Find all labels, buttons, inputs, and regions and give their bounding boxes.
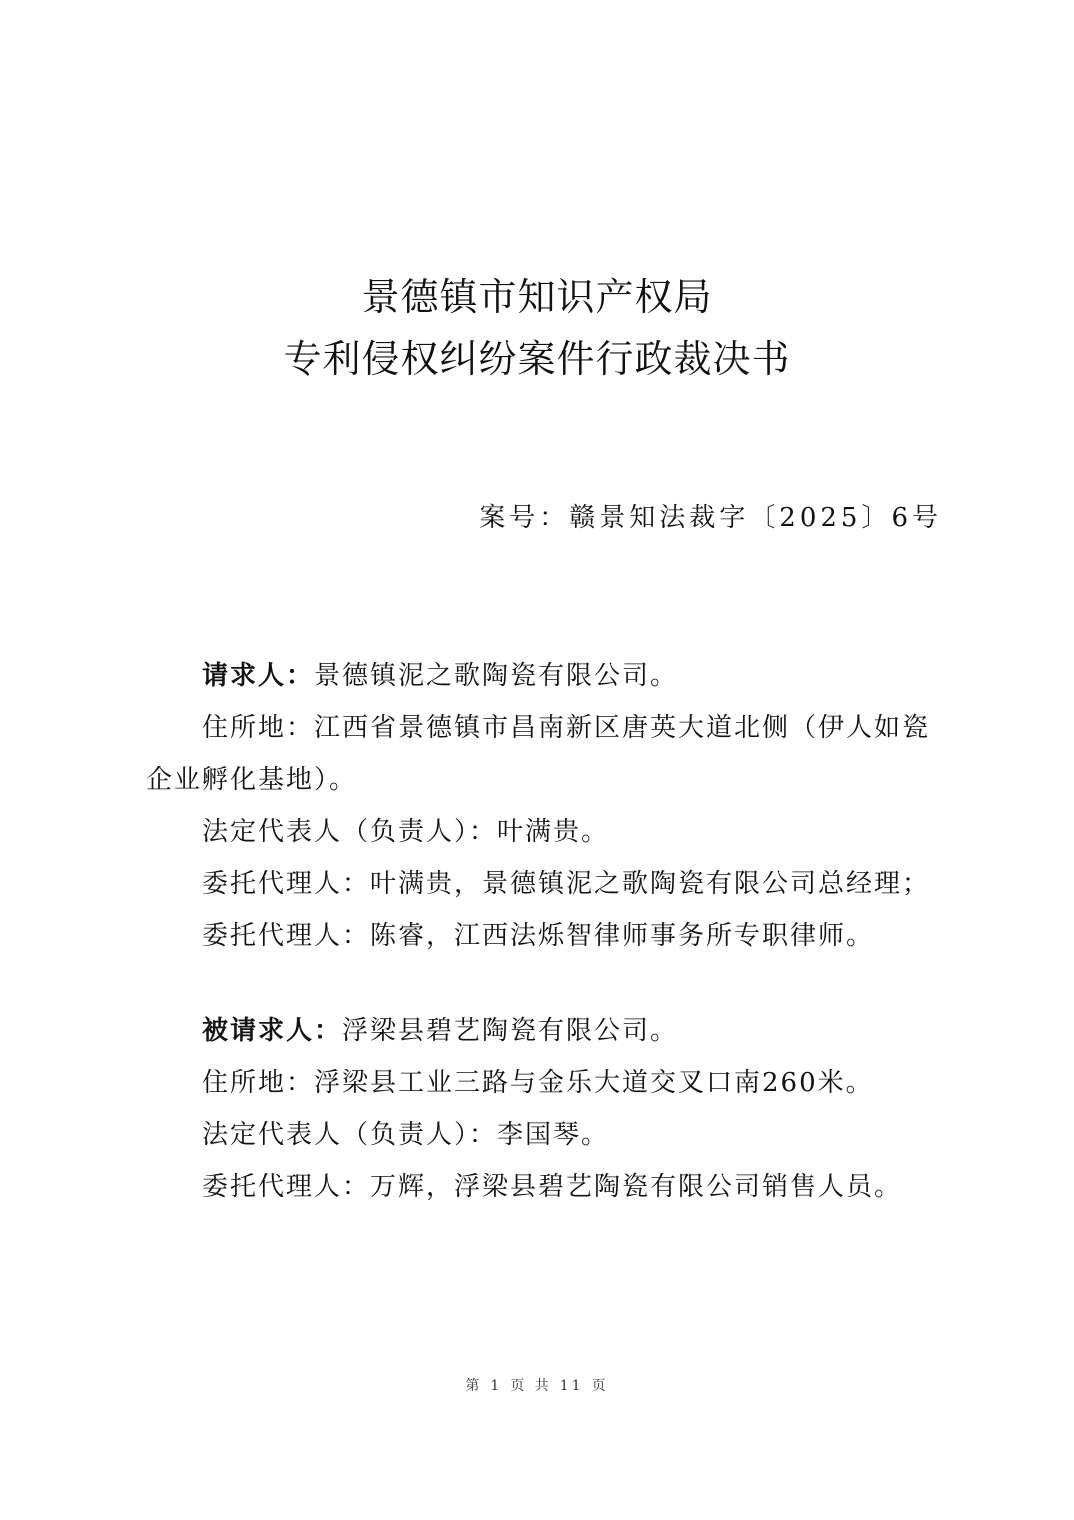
respondent-name-line: 被请求人：浮梁县碧艺陶瓷有限公司。 — [146, 1005, 946, 1057]
respondent-label: 被请求人： — [202, 1016, 342, 1046]
respondent-agent: 委托代理人：万辉，浮梁县碧艺陶瓷有限公司销售人员。 — [146, 1161, 946, 1213]
requester-legal-rep: 法定代表人（负责人）：叶满贵。 — [146, 806, 946, 858]
document-title-line1: 景德镇市知识产权局 — [0, 266, 1074, 321]
respondent-legal-rep: 法定代表人（负责人）：李国琴。 — [146, 1109, 946, 1161]
respondent-address: 住所地：浮梁县工业三路与金乐大道交叉口南260米。 — [146, 1057, 946, 1109]
footer-middle: 页 共 — [510, 1378, 551, 1394]
requester-agent-2: 委托代理人：陈睿，江西法烁智律师事务所专职律师。 — [146, 910, 946, 962]
footer-prefix: 第 — [465, 1378, 482, 1394]
page-number: 1 — [490, 1378, 502, 1394]
requester-name-line: 请求人：景德镇泥之歌陶瓷有限公司。 — [146, 650, 946, 702]
respondent-section: 被请求人：浮梁县碧艺陶瓷有限公司。 住所地：浮梁县工业三路与金乐大道交叉口南26… — [146, 1005, 946, 1213]
respondent-name: 浮梁县碧艺陶瓷有限公司。 — [342, 1016, 678, 1046]
document-title-line2: 专利侵权纠纷案件行政裁决书 — [0, 328, 1074, 383]
requester-agent-1: 委托代理人：叶满贵，景德镇泥之歌陶瓷有限公司总经理； — [146, 858, 946, 910]
page-footer: 第1页 共11页 — [0, 1375, 1074, 1395]
total-pages: 11 — [560, 1378, 584, 1394]
requester-address-line1: 住所地：江西省景德镇市昌南新区唐英大道北侧（伊人如瓷 — [146, 702, 946, 754]
case-number: 案号：赣景知法裁字〔2025〕6号 — [479, 497, 942, 534]
requester-section: 请求人：景德镇泥之歌陶瓷有限公司。 住所地：江西省景德镇市昌南新区唐英大道北侧（… — [146, 650, 946, 962]
footer-suffix: 页 — [592, 1378, 609, 1394]
requester-name: 景德镇泥之歌陶瓷有限公司。 — [314, 661, 678, 691]
requester-label: 请求人： — [202, 661, 314, 691]
requester-address-line2: 企业孵化基地）。 — [146, 754, 946, 806]
